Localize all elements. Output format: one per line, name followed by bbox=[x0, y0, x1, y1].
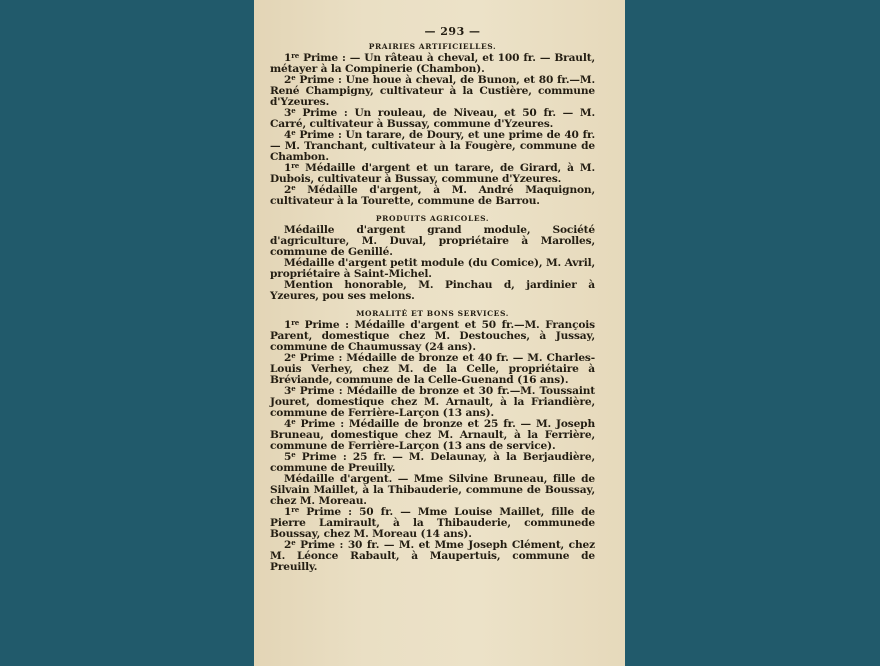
award-entry: Médaille d'argent petit module (du Comic… bbox=[270, 258, 595, 280]
award-entry: 2e Prime : 30 fr. — M. et Mme Joseph Clé… bbox=[270, 540, 595, 573]
section: Moralité et bons services.1re Prime : Mé… bbox=[270, 309, 595, 573]
award-entry: Mention honorable, M. Pinchau d, jardini… bbox=[270, 280, 595, 302]
award-entry: 3e Prime : Médaille de bronze et 30 fr.—… bbox=[270, 386, 595, 419]
page-number: — 293 — bbox=[310, 25, 595, 41]
award-entry: 4e Prime : Médaille de bronze et 25 fr. … bbox=[270, 419, 595, 452]
award-entry: Médaille d'argent. — Mme Silvine Bruneau… bbox=[270, 474, 595, 507]
award-entry: 1re Prime : Médaille d'argent et 50 fr.—… bbox=[270, 320, 595, 353]
document-page: — 293 — Prairies artificielles.1re Prime… bbox=[254, 0, 625, 666]
section: Prairies artificielles.1re Prime : — Un … bbox=[270, 42, 595, 207]
award-entry: 1re Médaille d'argent et un tarare, de G… bbox=[270, 163, 595, 185]
award-entry: 2e Médaille d'argent, à M. André Maquign… bbox=[270, 185, 595, 207]
sections-container: Prairies artificielles.1re Prime : — Un … bbox=[270, 42, 595, 573]
section-heading: Produits agricoles. bbox=[270, 214, 595, 223]
section-heading: Prairies artificielles. bbox=[270, 42, 595, 51]
award-entry: 1re Prime : — Un râteau à cheval, et 100… bbox=[270, 53, 595, 75]
award-entry: 5e Prime : 25 fr. — M. Delaunay, à la Be… bbox=[270, 452, 595, 474]
award-entry: 2e Prime : Médaille de bronze et 40 fr. … bbox=[270, 353, 595, 386]
section: Produits agricoles.Médaille d'argent gra… bbox=[270, 214, 595, 302]
award-entry: 1re Prime : 50 fr. — Mme Louise Maillet,… bbox=[270, 507, 595, 540]
award-entry: 4e Prime : Un tarare, de Doury, et une p… bbox=[270, 130, 595, 163]
award-entry: 3e Prime : Un rouleau, de Niveau, et 50 … bbox=[270, 108, 595, 130]
award-entry: 2e Prime : Une houe à cheval, de Bunon, … bbox=[270, 75, 595, 108]
award-entry: Médaille d'argent grand module, Société … bbox=[270, 225, 595, 258]
section-heading: Moralité et bons services. bbox=[270, 309, 595, 318]
